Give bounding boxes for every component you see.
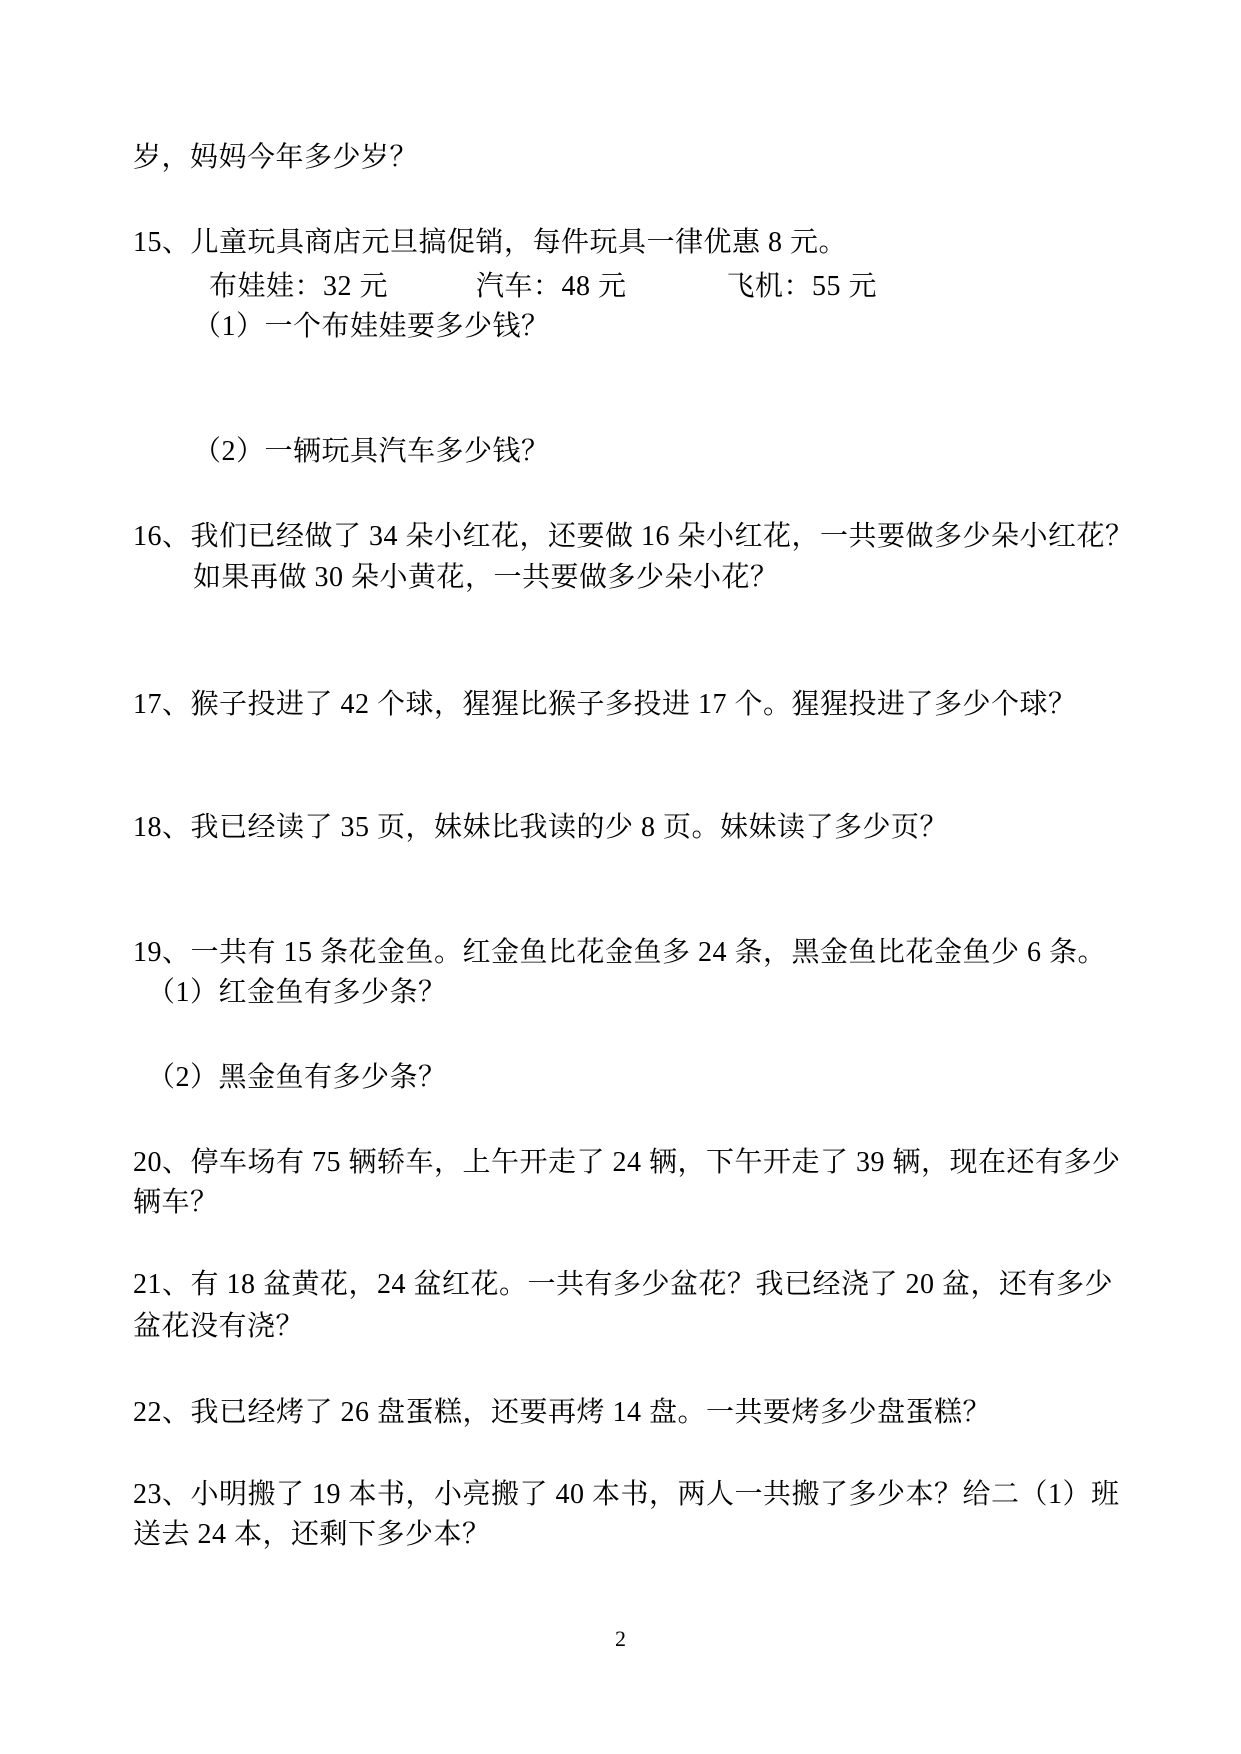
worksheet-page: 岁，妈妈今年多少岁？ 15、儿童玩具商店元旦搞促销，每件玩具一律优惠 8 元。 … bbox=[0, 0, 1241, 1754]
problem-19-subquestion-1: （1）红金鱼有多少条？ bbox=[147, 977, 447, 1009]
problem-14-tail-line: 岁，妈妈今年多少岁？ bbox=[133, 142, 418, 174]
problem-18-line: 18、我已经读了 35 页，妹妹比我读的少 8 页。妹妹读了多少页？ bbox=[133, 812, 948, 844]
problem-20-line-1: 20、停车场有 75 辆轿车，上午开走了 24 辆，下午开走了 39 辆，现在还… bbox=[133, 1147, 1121, 1179]
price-car: 汽车：48 元 bbox=[476, 271, 627, 302]
problem-15-price-line: 布娃娃：32 元汽车：48 元飞机：55 元 bbox=[209, 271, 877, 303]
problem-15-intro-line: 15、儿童玩具商店元旦搞促销，每件玩具一律优惠 8 元。 bbox=[133, 227, 847, 259]
problem-23-line-1: 23、小明搬了 19 本书，小亮搬了 40 本书，两人一共搬了多少本？给二（1）… bbox=[133, 1479, 1120, 1511]
problem-22-line: 22、我已经烤了 26 盘蛋糕，还要再烤 14 盘。一共要烤多少盘蛋糕？ bbox=[133, 1397, 991, 1429]
problem-21-line-1: 21、有 18 盆黄花，24 盆红花。一共有多少盆花？我已经浇了 20 盆，还有… bbox=[133, 1269, 1113, 1301]
page-number: 2 bbox=[0, 1626, 1241, 1652]
problem-20-line-2: 辆车？ bbox=[133, 1187, 219, 1219]
price-plane: 飞机：55 元 bbox=[727, 271, 878, 302]
problem-16-line-2: 如果再做 30 朵小黄花，一共要做多少朵小花？ bbox=[193, 562, 779, 594]
problem-23-line-2: 送去 24 本，还剩下多少本？ bbox=[133, 1519, 491, 1551]
problem-16-line-1: 16、我们已经做了 34 朵小红花，还要做 16 朵小红花，一共要做多少朵小红花… bbox=[133, 521, 1134, 553]
problem-21-line-2: 盆花没有浇？ bbox=[133, 1311, 304, 1343]
problem-15-subquestion-2: （2）一辆玩具汽车多少钱？ bbox=[193, 436, 550, 468]
problem-19-subquestion-2: （2）黑金鱼有多少条？ bbox=[147, 1062, 447, 1094]
problem-17-line: 17、猴子投进了 42 个球，猩猩比猴子多投进 17 个。猩猩投进了多少个球？ bbox=[133, 689, 1077, 721]
problem-15-subquestion-1: （1）一个布娃娃要多少钱？ bbox=[193, 311, 550, 343]
problem-19-intro-line: 19、一共有 15 条花金鱼。红金鱼比花金鱼多 24 条，黑金鱼比花金鱼少 6 … bbox=[133, 937, 1106, 969]
price-doll: 布娃娃：32 元 bbox=[209, 271, 388, 302]
